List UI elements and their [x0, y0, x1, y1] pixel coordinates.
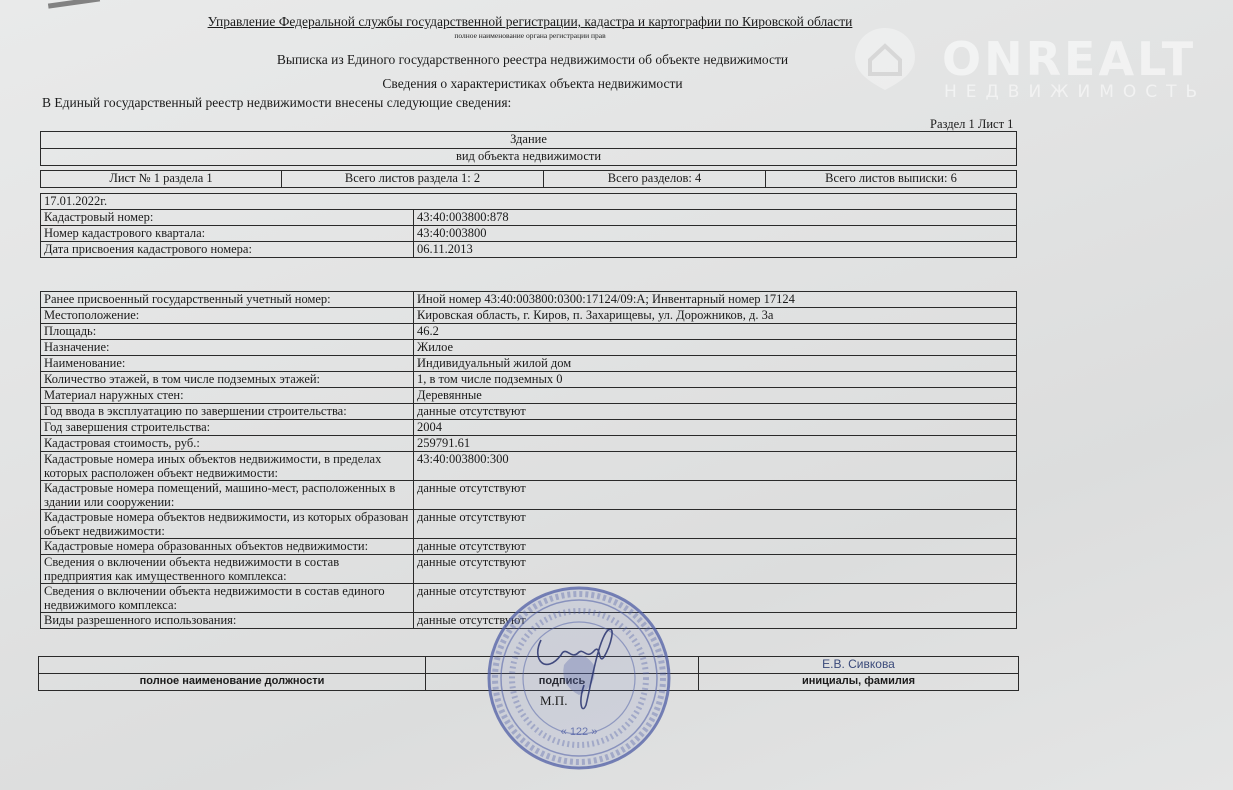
- table-row: Год ввода в эксплуатацию по завершении с…: [41, 404, 1017, 420]
- house-pin-icon: [852, 26, 918, 92]
- row-value: 46.2: [414, 324, 1017, 340]
- sheets-table: Лист № 1 раздела 1 Всего листов раздела …: [40, 170, 1017, 188]
- sheet-number: Лист № 1 раздела 1: [41, 171, 282, 188]
- table-row: Сведения о включении объекта недвижимост…: [41, 555, 1017, 584]
- intro-text: В Единый государственный реестр недвижим…: [42, 95, 511, 111]
- row-label: Назначение:: [41, 340, 414, 356]
- table-row: Кадастровый номер: 43:40:003800:878: [41, 210, 1017, 226]
- signer-name: Е.В. Сивкова: [699, 657, 1019, 674]
- svg-text:« 122 »: « 122 »: [561, 726, 598, 738]
- row-value: данные отсутствуют: [414, 404, 1017, 420]
- row-value: Деревянные: [414, 388, 1017, 404]
- object-type-table: Здание вид объекта недвижимости: [40, 131, 1017, 166]
- pen-mark: [48, 0, 100, 9]
- position-caption: полное наименование должности: [39, 674, 426, 691]
- row-value: 43:40:003800:300: [414, 452, 1017, 481]
- row-label: Дата присвоения кадастрового номера:: [41, 242, 414, 258]
- row-label: Наименование:: [41, 356, 414, 372]
- assignment-date: 06.11.2013: [414, 242, 1017, 258]
- table-row: Дата присвоения кадастрового номера: 06.…: [41, 242, 1017, 258]
- row-label: Кадастровые номера иных объектов недвижи…: [41, 452, 414, 481]
- row-label: Кадастровый номер:: [41, 210, 414, 226]
- table-row: Кадастровые номера объектов недвижимости…: [41, 510, 1017, 539]
- row-value: Кировская область, г. Киров, п. Захарище…: [414, 308, 1017, 324]
- row-label: Год завершения строительства:: [41, 420, 414, 436]
- extract-date: 17.01.2022г.: [41, 194, 1017, 210]
- total-section-sheets: Всего листов раздела 1: 2: [282, 171, 544, 188]
- table-row: Год завершения строительства:2004: [41, 420, 1017, 436]
- section-label: Раздел 1 Лист 1: [930, 117, 1013, 132]
- cadastral-number: 43:40:003800:878: [414, 210, 1017, 226]
- characteristics-table: Ранее присвоенный государственный учетны…: [40, 291, 1017, 629]
- name-caption: инициалы, фамилия: [699, 674, 1019, 691]
- total-extract-sheets: Всего листов выписки: 6: [766, 171, 1017, 188]
- table-row: Назначение:Жилое: [41, 340, 1017, 356]
- table-row: Материал наружных стен:Деревянные: [41, 388, 1017, 404]
- row-label: Материал наружных стен:: [41, 388, 414, 404]
- row-value: Иной номер 43:40:003800:0300:17124/09:А;…: [414, 292, 1017, 308]
- row-label: Номер кадастрового квартала:: [41, 226, 414, 242]
- watermark-tagline: НЕДВИЖИМОСТЬ: [944, 82, 1206, 102]
- seal-label: М.П.: [540, 693, 567, 709]
- position-value: [39, 657, 426, 674]
- object-type-value: Здание: [41, 132, 1017, 149]
- row-label: Виды разрешенного использования:: [41, 613, 414, 629]
- row-value: Жилое: [414, 340, 1017, 356]
- row-value: 2004: [414, 420, 1017, 436]
- table-row: Кадастровые номера иных объектов недвижи…: [41, 452, 1017, 481]
- table-row: Номер кадастрового квартала: 43:40:00380…: [41, 226, 1017, 242]
- row-label: Площадь:: [41, 324, 414, 340]
- identifiers-table: 17.01.2022г. Кадастровый номер: 43:40:00…: [40, 193, 1017, 258]
- row-label: Год ввода в эксплуатацию по завершении с…: [41, 404, 414, 420]
- table-row: Кадастровые номера образованных объектов…: [41, 539, 1017, 555]
- row-value: 259791.61: [414, 436, 1017, 452]
- table-row: Ранее присвоенный государственный учетны…: [41, 292, 1017, 308]
- row-value: данные отсутствуют: [414, 555, 1017, 584]
- table-row: Количество этажей, в том числе подземных…: [41, 372, 1017, 388]
- row-label: Местоположение:: [41, 308, 414, 324]
- row-label: Кадастровые номера объектов недвижимости…: [41, 510, 414, 539]
- row-label: Сведения о включении объекта недвижимост…: [41, 584, 414, 613]
- row-label: Ранее присвоенный государственный учетны…: [41, 292, 414, 308]
- row-value: данные отсутствуют: [414, 510, 1017, 539]
- row-value: данные отсутствуют: [414, 539, 1017, 555]
- object-type-caption: вид объекта недвижимости: [41, 149, 1017, 166]
- cadastral-quarter: 43:40:003800: [414, 226, 1017, 242]
- row-value: данные отсутствуют: [414, 481, 1017, 510]
- table-row: Наименование:Индивидуальный жилой дом: [41, 356, 1017, 372]
- row-label: Количество этажей, в том числе подземных…: [41, 372, 414, 388]
- watermark-brand: ONREALT: [942, 32, 1196, 86]
- table-row: Кадастровые номера помещений, машино-мес…: [41, 481, 1017, 510]
- row-label: Кадастровая стоимость, руб.:: [41, 436, 414, 452]
- row-label: Сведения о включении объекта недвижимост…: [41, 555, 414, 584]
- row-value: 1, в том числе подземных 0: [414, 372, 1017, 388]
- official-seal-icon: « 122 »: [486, 585, 672, 771]
- row-label: Кадастровые номера образованных объектов…: [41, 539, 414, 555]
- row-value: Индивидуальный жилой дом: [414, 356, 1017, 372]
- total-sections: Всего разделов: 4: [544, 171, 766, 188]
- table-row: Местоположение:Кировская область, г. Кир…: [41, 308, 1017, 324]
- row-label: Кадастровые номера помещений, машино-мес…: [41, 481, 414, 510]
- table-row: Площадь:46.2: [41, 324, 1017, 340]
- table-row: Кадастровая стоимость, руб.:259791.61: [41, 436, 1017, 452]
